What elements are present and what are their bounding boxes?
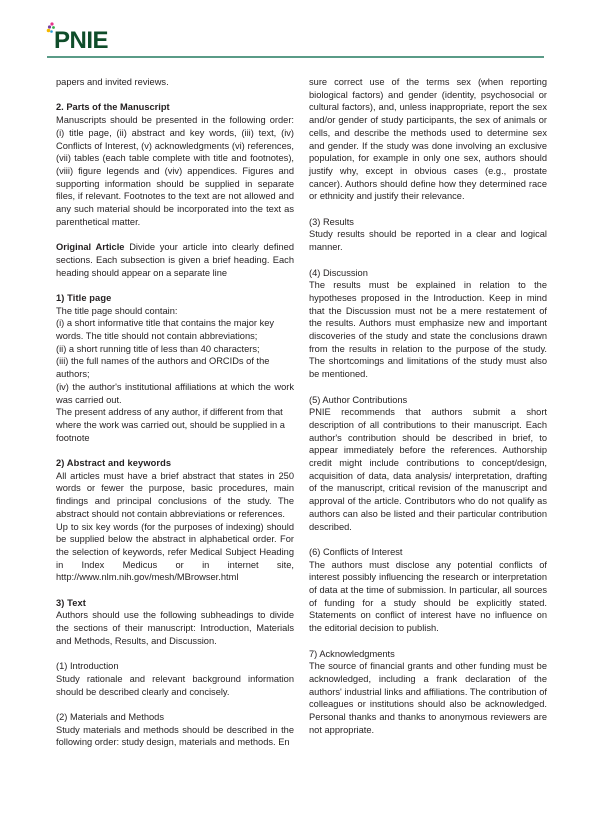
subheading-conflicts: (6) Conflicts of Interest xyxy=(309,546,547,559)
right-column: sure correct use of the terms sex (when … xyxy=(309,76,547,736)
subheading-text: 3) Text xyxy=(56,597,294,610)
title-page-line: (ii) a short running title of less than … xyxy=(56,343,294,356)
acknowledgments-body: The source of financial grants and other… xyxy=(309,660,547,736)
subheading-discussion: (4) Discussion xyxy=(309,267,547,280)
original-article-lead: Original Article xyxy=(56,242,124,252)
title-page-line: The present address of any author, if di… xyxy=(56,406,294,444)
conflicts-body: The authors must disclose any potential … xyxy=(309,559,547,635)
results-body: Study results should be reported in a cl… xyxy=(309,228,547,253)
introduction-body: Study rationale and relevant background … xyxy=(56,673,294,698)
title-page-line: (i) a short informative title that conta… xyxy=(56,317,294,342)
subheading-acknowledgments: 7) Acknowledgments xyxy=(309,648,547,661)
subheading-introduction: (1) Introduction xyxy=(56,660,294,673)
logo-text: PNIE xyxy=(54,27,108,55)
title-page-line: The title page should contain: xyxy=(56,305,294,318)
text-body: Authors should use the following subhead… xyxy=(56,609,294,647)
abstract-body: All articles must have a brief abstract … xyxy=(56,470,294,521)
subheading-abstract: 2) Abstract and keywords xyxy=(56,457,294,470)
intro-tail: papers and invited reviews. xyxy=(56,76,294,89)
materials-body: Study materials and methods should be de… xyxy=(56,724,294,749)
header-rule xyxy=(47,56,544,58)
section-body-parts: Manuscripts should be presented in the f… xyxy=(56,114,294,228)
subheading-results: (3) Results xyxy=(309,216,547,229)
title-page-line: (iv) the author's institutional affiliat… xyxy=(56,381,294,406)
title-page-line: (iii) the full names of the authors and … xyxy=(56,355,294,380)
author-contributions-body: PNIE recommends that authors submit a sh… xyxy=(309,406,547,533)
subheading-author-contributions: (5) Author Contributions xyxy=(309,394,547,407)
section-heading-parts: 2. Parts of the Manuscript xyxy=(56,101,294,114)
original-article-paragraph: Original Article Divide your article int… xyxy=(56,241,294,279)
discussion-body: The results must be explained in relatio… xyxy=(309,279,547,381)
page-header: PNIE xyxy=(44,22,544,60)
keywords-body: Up to six key words (for the purposes of… xyxy=(56,521,294,585)
left-column: papers and invited reviews. 2. Parts of … xyxy=(56,76,294,749)
materials-continuation: sure correct use of the terms sex (when … xyxy=(309,76,547,203)
subheading-title-page: 1) Title page xyxy=(56,292,294,305)
subheading-materials: (2) Materials and Methods xyxy=(56,711,294,724)
